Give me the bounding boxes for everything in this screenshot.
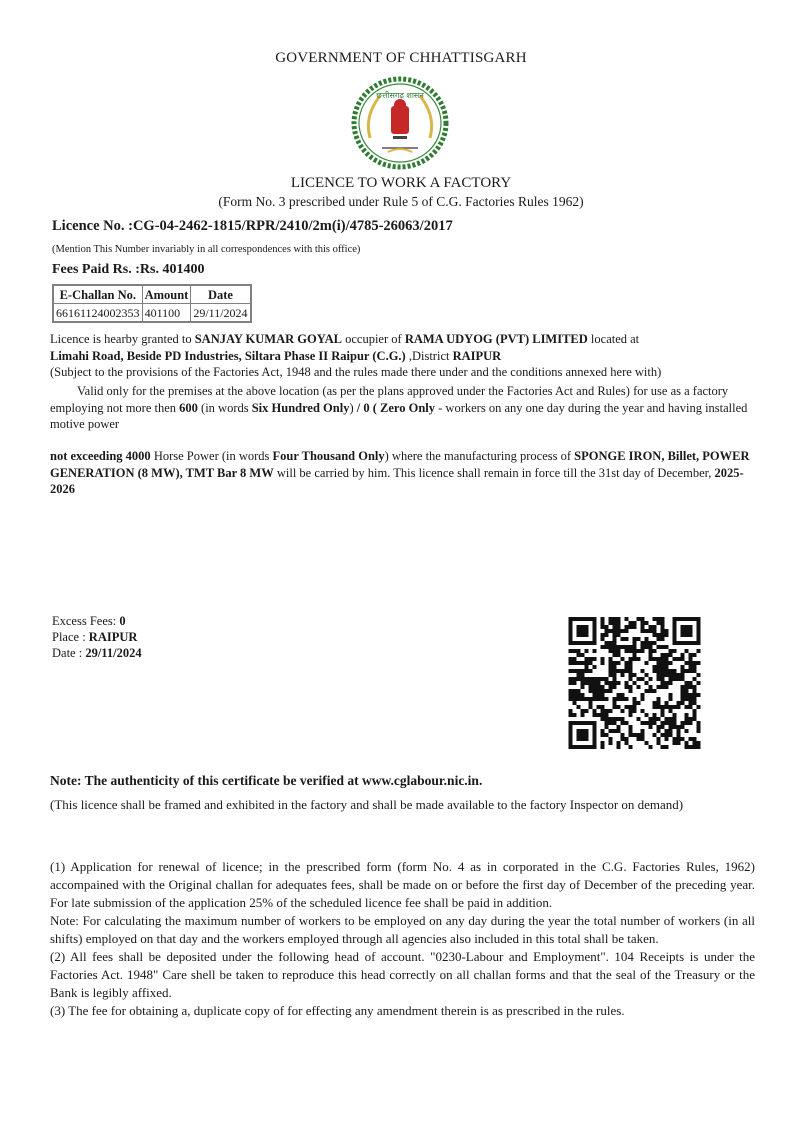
svg-text:छत्तीसगढ़ शासन: छत्तीसगढ़ शासन [376,90,424,100]
licence-number-label: Licence No. : [52,218,133,234]
grant-paragraph: Licence is hearby granted to SANJAY KUMA… [50,331,755,381]
text: ) [349,401,356,415]
text: ) where the manufacturing process of [385,449,575,463]
issue-details: Excess Fees: 0 Place : RAIPUR Date : 29/… [52,613,142,661]
issue-date: Date : 29/11/2024 [52,645,142,661]
text: occupier of [342,332,405,346]
date: 29/11/2024 [191,304,251,323]
frame-notice: (This licence shall be framed and exhibi… [50,796,740,815]
form-subtitle: (Form No. 3 prescribed under Rule 5 of C… [0,194,802,210]
max-workers-words: Six Hundred Only [252,401,350,415]
fees-paid: Fees Paid Rs. :Rs. 401400 [52,262,204,278]
text: Licence is hearby granted to [50,332,195,346]
value: 0 [119,614,125,628]
subject-clause: (Subject to the provisions of the Factor… [50,365,661,379]
horse-power: not exceeding 4000 [50,449,151,463]
col-amount: Amount [142,285,191,304]
col-date: Date [191,285,251,304]
occupier-name: SANJAY KUMAR GOYAL [195,332,342,346]
max-workers: 600 [179,401,198,415]
text: Horse Power (in words [151,449,273,463]
value: 29/11/2024 [85,646,141,660]
text: (in words [198,401,252,415]
label: Date : [52,646,85,660]
power-paragraph: not exceeding 4000 Horse Power (in words… [50,448,755,498]
other-workers: / 0 ( Zero Only [357,401,435,415]
challan-table: E-Challan No. Amount Date 66161124002353… [52,284,252,323]
condition-2: (2) All fees shall be deposited under th… [50,948,755,1002]
district: RAIPUR [453,349,502,363]
factory-address: Limahi Road, Beside PD Industries, Silta… [50,349,406,363]
col-echallan: E-Challan No. [53,285,142,304]
place: Place : RAIPUR [52,629,142,645]
fees-label: Fees Paid Rs. : [52,262,140,277]
challan-header-row: E-Challan No. Amount Date [53,285,251,304]
qr-code-icon [568,617,701,749]
value: RAIPUR [89,630,138,644]
licence-number: Licence No. :CG-04-2462-1815/RPR/2410/2m… [52,218,453,235]
conditions-list: (1) Application for renewal of licence; … [50,858,755,1020]
authenticity-note: Note: The authenticity of this certifica… [50,773,482,789]
label: Excess Fees: [52,614,119,628]
text: will be carried by him. This licence sha… [274,466,715,480]
condition-note: Note: For calculating the maximum number… [50,912,755,948]
table-row: 66161124002353 401100 29/11/2024 [53,304,251,323]
label: Place : [52,630,89,644]
text: ,District [406,349,453,363]
state-emblem-icon: छत्तीसगढ़ शासन [350,76,450,170]
licence-title: LICENCE TO WORK A FACTORY [0,175,802,192]
mention-note: (Mention This Number invariably in all c… [52,244,360,255]
amount: 401100 [142,304,191,323]
government-heading: GOVERNMENT OF CHHATTISGARH [0,50,802,67]
condition-3: (3) The fee for obtaining a, duplicate c… [50,1002,755,1020]
text: located at [588,332,639,346]
licence-number-value: CG-04-2462-1815/RPR/2410/2m(i)/4785-2606… [133,218,453,234]
condition-1: (1) Application for renewal of licence; … [50,858,755,912]
echallan-no: 66161124002353 [53,304,142,323]
horse-power-words: Four Thousand Only [273,449,385,463]
fees-value: Rs. 401400 [140,262,205,277]
company-name: RAMA UDYOG (PVT) LIMITED [405,332,588,346]
excess-fees: Excess Fees: 0 [52,613,142,629]
validity-paragraph: Valid only for the premises at the above… [50,383,755,433]
